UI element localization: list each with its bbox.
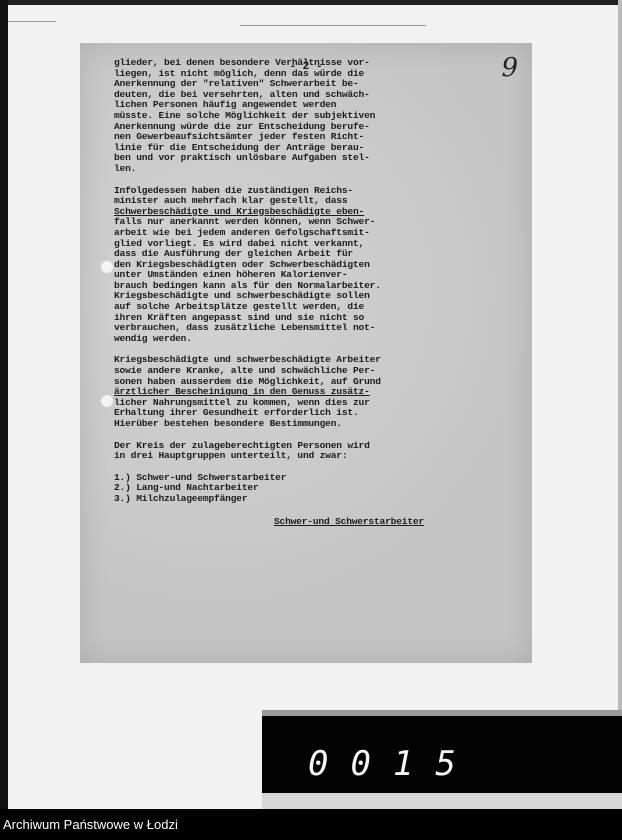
- film-frame-counter: 0015: [262, 716, 622, 793]
- paragraph-2: Infolgedessen haben die zuständigen Reic…: [114, 186, 424, 345]
- text-line: müsste. Eine solche Möglichkeit der subj…: [114, 111, 424, 122]
- group-list: 1.) Schwer-und Schwerstarbeiter 2.) Lang…: [114, 473, 424, 505]
- footer-bar: Archiwum Państwowe w Łodzi: [0, 809, 622, 840]
- document-body: glieder, bei denen besondere Verhältniss…: [114, 58, 424, 527]
- registration-mark: [240, 25, 426, 26]
- text-line: len.: [114, 164, 424, 175]
- text-line: in drei Hauptgruppen unterteilt, und zwa…: [114, 451, 424, 462]
- frame-number: 0015: [308, 744, 478, 784]
- film-frame-left-edge: [0, 0, 8, 810]
- text-line: ben und vor praktisch unlösbare Aufgaben…: [114, 153, 424, 164]
- text-line: glieder, bei denen besondere Verhältniss…: [114, 58, 424, 69]
- film-strip-edge: [262, 793, 622, 809]
- film-frame-right-edge: [618, 0, 622, 720]
- punch-hole: [101, 261, 113, 273]
- section-heading: Schwer-und Schwerstarbeiter: [114, 517, 424, 528]
- film-frame-top-edge: [0, 0, 622, 5]
- text-line: Hierüber bestehen besondere Bestimmungen…: [114, 419, 424, 430]
- text-line: arbeit wie bei jedem anderen Gefolgschaf…: [114, 228, 424, 239]
- punch-hole: [101, 395, 113, 407]
- text-line: wendig werden.: [114, 334, 424, 345]
- paragraph-3: Kriegsbeschädigte und schwerbeschädigte …: [114, 355, 424, 429]
- handwritten-folio-number: 9: [501, 53, 518, 83]
- paragraph-1: glieder, bei denen besondere Verhältniss…: [114, 58, 424, 175]
- registration-mark: [8, 21, 56, 22]
- archive-name: Archiwum Państwowe w Łodzi: [3, 817, 178, 832]
- paragraph-4: Der Kreis der zulagеberechtigten Persone…: [114, 441, 424, 462]
- list-item: 3.) Milchzulageempfänger: [114, 494, 424, 505]
